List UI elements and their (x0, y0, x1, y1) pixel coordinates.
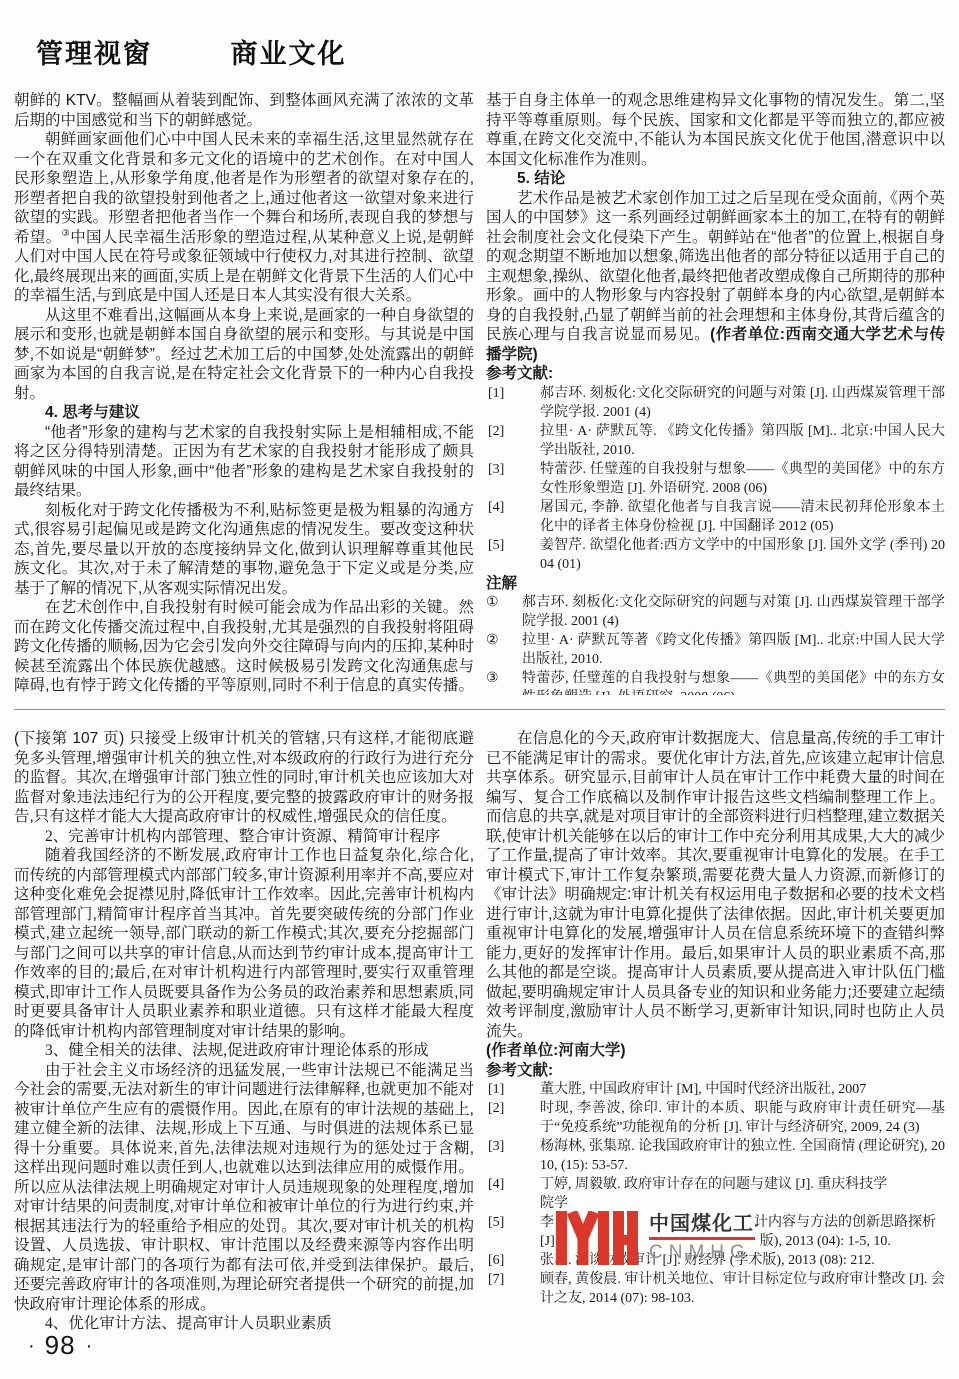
reference-item: [4]屠国元, 李静. 欲望化他者与自我言说——清末民初拜伦形象本土化中的译者主… (486, 498, 945, 536)
paragraph: 在艺术创作中,自我投射有时候可能会成为作品出彩的关键。然而在跨文化传播交流过程中… (14, 598, 474, 695)
reference-text: 姜智芹. 欲望化他者:西方文学中的中国形象 [J]. 国外文学 (季刊) 200… (540, 538, 945, 572)
reference-number: [7] (488, 1270, 504, 1289)
section-heading: 2、完善审计机构内部管理、整合审计资源、精简审计程序 (14, 827, 474, 847)
reference-number: [5] (488, 536, 504, 555)
obscured-gap (555, 1244, 760, 1245)
article1-right-column: 基于自身主体单一的观念思维建构异文化事物的情况发生。第二,坚持平等尊重原则。每个… (486, 91, 945, 695)
reference-text-obscured: 李 (540, 1215, 554, 1230)
article1-left-column: 朝鲜的 KTV。整幅画从着装到配饰、到整体画风充满了浓浓的文革后期的中国感觉和当… (14, 91, 474, 695)
note-text: 郝吉环. 刻板化:文化交际研究的问题与对策 [J]. 山西煤炭管理干部学院学报.… (522, 595, 945, 629)
note-number: ① (486, 593, 499, 612)
reference-number: [4] (488, 498, 504, 517)
paragraph: 由于社会主义市场经济的迅猛发展,一些审计法规已不能满足当今社会的需要,无法对新生… (14, 1061, 474, 1315)
reference-item: [1]郝吉环. 刻板化:文化交际研究的问题与对策 [J]. 山西煤炭管理干部学院… (486, 384, 945, 422)
reference-number: [1] (488, 384, 504, 403)
paragraph-text: 艺术作品是被艺术家创作加工过之后呈现在受众面前,《两个英国人的中国梦》这一系列画… (486, 190, 945, 344)
note-item: ③特蕾莎, 任璧莲的自我投射与想象——《典型的美国佬》中的东方女性形象塑造 [J… (486, 669, 945, 695)
reference-item: [7]顾春, 黄俊晨. 审计机关地位、审计目标定位与政府审计整改 [J]. 会计… (486, 1270, 945, 1308)
reference-number: [2] (488, 1099, 504, 1118)
note-number: ② (486, 631, 499, 650)
reference-text: 屠国元, 李静. 欲望化他者与自我言说——清末民初拜伦形象本土化中的译者主体身份… (540, 500, 945, 534)
reference-text: 丁婷, 周毅敏. 政府审计存在的问题与建议 [J]. 重庆科技学 (540, 1177, 887, 1192)
article2-section: (下接第 107 页) 只接受上级审计机关的管辖,只有这样,才能彻底避免多头管理… (0, 729, 959, 1334)
article1-section: 朝鲜的 KTV。整幅画从着装到配饰、到整体画风充满了浓浓的文革后期的中国感觉和当… (0, 91, 959, 695)
article2-left-column: (下接第 107 页) 只接受上级审计机关的管辖,只有这样,才能彻底避免多头管理… (14, 729, 474, 1334)
notes-label: 注解 (486, 574, 945, 594)
footnote-marker: ③ (61, 227, 70, 238)
page-header: 管理视窗 商业文化 (0, 0, 959, 71)
paragraph: 随着我国经济的不断发展,政府审计工作也日益复杂化,综合化,而传统的内部管理模式内… (14, 846, 474, 1041)
paragraph: 朝鲜的 KTV。整幅画从着装到配饰、到整体画风充满了浓浓的文革后期的中国感觉和当… (14, 91, 474, 130)
journal-title: 商业文化 (230, 32, 346, 71)
page-number-dot-right: · (86, 1336, 93, 1356)
paragraph: 朝鲜画家画他们心中中国人民未来的幸福生活,这里显然就存在一个在双重文化背景和多元… (14, 130, 474, 306)
reference-number: [3] (488, 1137, 504, 1156)
section-heading: 3、健全相关的法律、法规,促进政府审计理论体系的形成 (14, 1041, 474, 1061)
references-label: 参考文献: (486, 364, 945, 384)
section-heading: 5. 结论 (486, 169, 945, 189)
reference-text: 拉里· A· 萨默瓦等. 《跨文化传播》第四版 [M].. 北京:中国人民大学出… (540, 424, 945, 458)
reference-text: 董大胜, 中国政府审计 [M], 中国时代经济出版社, 2007 (540, 1082, 866, 1097)
page-number-value: 98 (45, 1330, 76, 1361)
paragraph: “他者”形象的建构与艺术家的自我投射实际上是相辅相成,不能将之区分得特别清楚。正… (14, 423, 474, 501)
reference-item: [1]董大胜, 中国政府审计 [M], 中国时代经济出版社, 2007 (486, 1080, 945, 1099)
page-number-dot-left: · (28, 1336, 35, 1356)
reference-number: [4] (488, 1175, 504, 1194)
reference-text: 版), 2013 (04): 1-5, 10. (760, 1234, 891, 1249)
paragraph: 基于自身主体单一的观念思维建构异文化事物的情况发生。第二,坚持平等尊重原则。每个… (486, 91, 945, 169)
page-number: · 98 · (28, 1330, 92, 1361)
reference-item: [4]丁婷, 周毅敏. 政府审计存在的问题与建议 [J]. 重庆科技学院学 (486, 1175, 945, 1213)
references-label: 参考文献: (486, 1061, 945, 1081)
reference-item: [3]特蕾莎. 任璧莲的自我投射与想象——《典型的美国佬》中的东方女性形象塑造 … (486, 460, 945, 498)
reference-number: [6] (488, 1251, 504, 1270)
reference-text: 杨海林, 张集琼. 论我国政府审计的独立性. 全国商情 (理论研究), 2010… (540, 1139, 945, 1173)
reference-text: 计内容与方法的创新思路探析 (754, 1215, 936, 1230)
author-affiliation: (作者单位:河南大学) (486, 1041, 945, 1061)
note-text: 特蕾莎, 任璧莲的自我投射与想象——《典型的美国佬》中的东方女性形象塑造 [J]… (522, 671, 945, 695)
paragraph: (下接第 107 页) 只接受上级审计机关的管辖,只有这样,才能彻底避免多头管理… (14, 729, 474, 827)
reference-item: [6]张雄. 浅谈财政审计 [J]. 财经界 (学术版), 2013 (08):… (486, 1251, 945, 1270)
note-text: 拉里· A· 萨默瓦等著《跨文化传播》第四版 [M].. 北京:中国人民大学出版… (522, 633, 945, 667)
reference-number: [2] (488, 422, 504, 441)
section-heading: 4. 思考与建议 (14, 403, 474, 423)
reference-item: [3]杨海林, 张集琼. 论我国政府审计的独立性. 全国商情 (理论研究), 2… (486, 1137, 945, 1175)
reference-item: [5]姜智芹. 欲望化他者:西方文学中的中国形象 [J]. 国外文学 (季刊) … (486, 536, 945, 574)
reference-text: 郝吉环. 刻板化:文化交际研究的问题与对策 [J]. 山西煤炭管理干部学院学报.… (540, 386, 945, 420)
reference-text: 张雄. 浅谈财政审计 [J]. 财经界 (学术版), 2013 (08): 21… (540, 1253, 875, 1268)
reference-text: 特蕾莎. 任璧莲的自我投射与想象——《典型的美国佬》中的东方女性形象塑造 [J]… (540, 462, 945, 496)
reference-item: [5]李计内容与方法的创新思路探析[J]版), 2013 (04): 1-5, … (486, 1213, 945, 1251)
article-divider (14, 709, 945, 710)
reference-number: [1] (488, 1080, 504, 1099)
journal-page: 管理视窗 商业文化 朝鲜的 KTV。整幅画从着装到配饰、到整体画风充满了浓浓的文… (0, 0, 959, 1379)
reference-item: [2]时现, 李善波, 徐印. 审计的本质、职能与政府审计责任研究—基于“免疫系… (486, 1099, 945, 1137)
reference-item: [2]拉里· A· 萨默瓦等. 《跨文化传播》第四版 [M].. 北京:中国人民… (486, 422, 945, 460)
notes-list: ①郝吉环. 刻板化:文化交际研究的问题与对策 [J]. 山西煤炭管理干部学院学报… (486, 593, 945, 695)
reference-text-obscured: [J] (540, 1234, 555, 1249)
note-item: ②拉里· A· 萨默瓦等著《跨文化传播》第四版 [M].. 北京:中国人民大学出… (486, 631, 945, 669)
article2-right-column: 在信息化的今天,政府审计数据庞大、信息量高,传统的手工审计已不能满足审计的需求。… (486, 729, 945, 1334)
reference-text: 顾春, 黄俊晨. 审计机关地位、审计目标定位与政府审计整改 [J]. 会计之友,… (540, 1272, 945, 1306)
paragraph: 在信息化的今天,政府审计数据庞大、信息量高,传统的手工审计已不能满足审计的需求。… (486, 729, 945, 1041)
references-list: [1]郝吉环. 刻板化:文化交际研究的问题与对策 [J]. 山西煤炭管理干部学院… (486, 384, 945, 574)
section-title: 管理视窗 (36, 32, 152, 71)
reference-number: [5] (488, 1213, 504, 1232)
note-item: ①郝吉环. 刻板化:文化交际研究的问题与对策 [J]. 山西煤炭管理干部学院学报… (486, 593, 945, 631)
obscured-gap (554, 1225, 754, 1226)
paragraph: 刻板化对于跨文化传播极为不利,贴标签更是极为粗暴的沟通方式,很容易引起偏见或是跨… (14, 501, 474, 599)
reference-text-obscured: 院学 (540, 1196, 568, 1211)
paragraph: 艺术作品是被艺术家创作加工过之后呈现在受众面前,《两个英国人的中国梦》这一系列画… (486, 189, 945, 365)
paragraph: 从这里不难看出,这幅画从本身上来说,是画家的一种自身欲望的展示和变形,也就是朝鲜… (14, 306, 474, 404)
note-number: ③ (486, 669, 499, 688)
reference-text: 时现, 李善波, 徐印. 审计的本质、职能与政府审计责任研究—基于“免疫系统”功… (540, 1101, 945, 1135)
reference-number: [3] (488, 460, 504, 479)
paragraph-text: 中国人民幸福生活形象的塑造过程,从某种意义上说,是朝鲜人们对中国人民在符号或象征… (14, 229, 474, 305)
references-list: [1]董大胜, 中国政府审计 [M], 中国时代经济出版社, 2007 [2]时… (486, 1080, 945, 1308)
